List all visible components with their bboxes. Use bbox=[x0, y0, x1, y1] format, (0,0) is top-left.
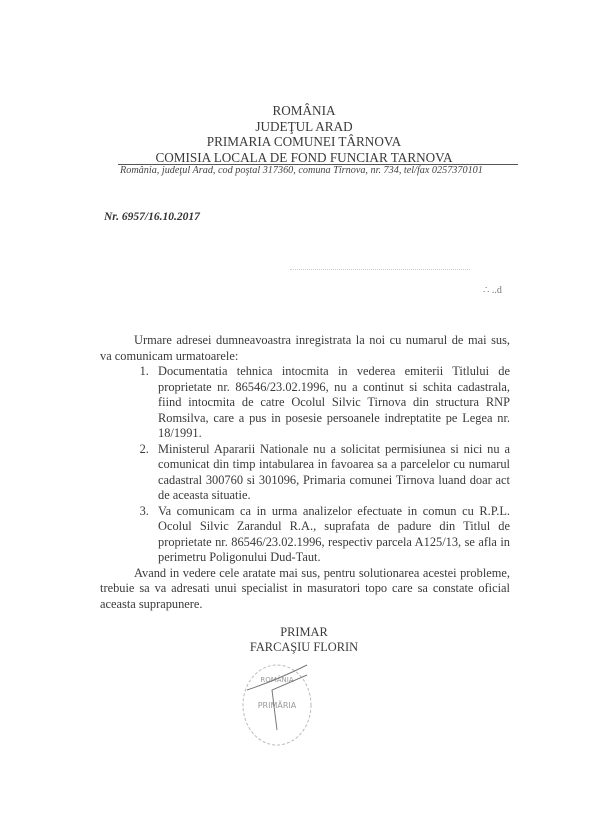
official-stamp-icon: ROMÂNIA PRIMĂRIA bbox=[237, 660, 317, 750]
letterhead: ROMÂNIA JUDEŢUL ARAD PRIMARIA COMUNEI TÂ… bbox=[0, 103, 608, 165]
header-county: JUDEŢUL ARAD bbox=[0, 119, 608, 135]
header-address: România, judeţul Arad, cod poştal 317360… bbox=[120, 165, 483, 176]
list-item: Documentatia tehnica intocmita in vedere… bbox=[152, 364, 510, 442]
signature-block: PRIMAR FARCAŞIU FLORIN bbox=[0, 625, 608, 654]
list-item: Ministerul Apararii Nationale nu a solic… bbox=[152, 442, 510, 504]
header-municipality: PRIMARIA COMUNEI TÂRNOVA bbox=[0, 134, 608, 150]
signatory-name: FARCAŞIU FLORIN bbox=[0, 640, 608, 655]
list-item: Va comunicam ca in urma analizelor efect… bbox=[152, 504, 510, 566]
registration-number: Nr. 6957/16.10.2017 bbox=[104, 211, 200, 223]
svg-text:PRIMĂRIA: PRIMĂRIA bbox=[258, 699, 297, 710]
intro-paragraph: Urmare adresei dumneavoastra inregistrat… bbox=[100, 333, 510, 364]
faint-scan-marks bbox=[290, 269, 470, 270]
faint-scan-text: ∴ ..d bbox=[483, 285, 502, 296]
header-country: ROMÂNIA bbox=[0, 103, 608, 119]
header-commission: COMISIA LOCALA DE FOND FUNCIAR TARNOVA bbox=[0, 150, 608, 166]
letter-body: Urmare adresei dumneavoastra inregistrat… bbox=[100, 333, 510, 612]
points-list: Documentatia tehnica intocmita in vedere… bbox=[100, 364, 510, 566]
closing-paragraph: Avand in vedere cele aratate mai sus, pe… bbox=[100, 566, 510, 613]
signatory-title: PRIMAR bbox=[0, 625, 608, 640]
